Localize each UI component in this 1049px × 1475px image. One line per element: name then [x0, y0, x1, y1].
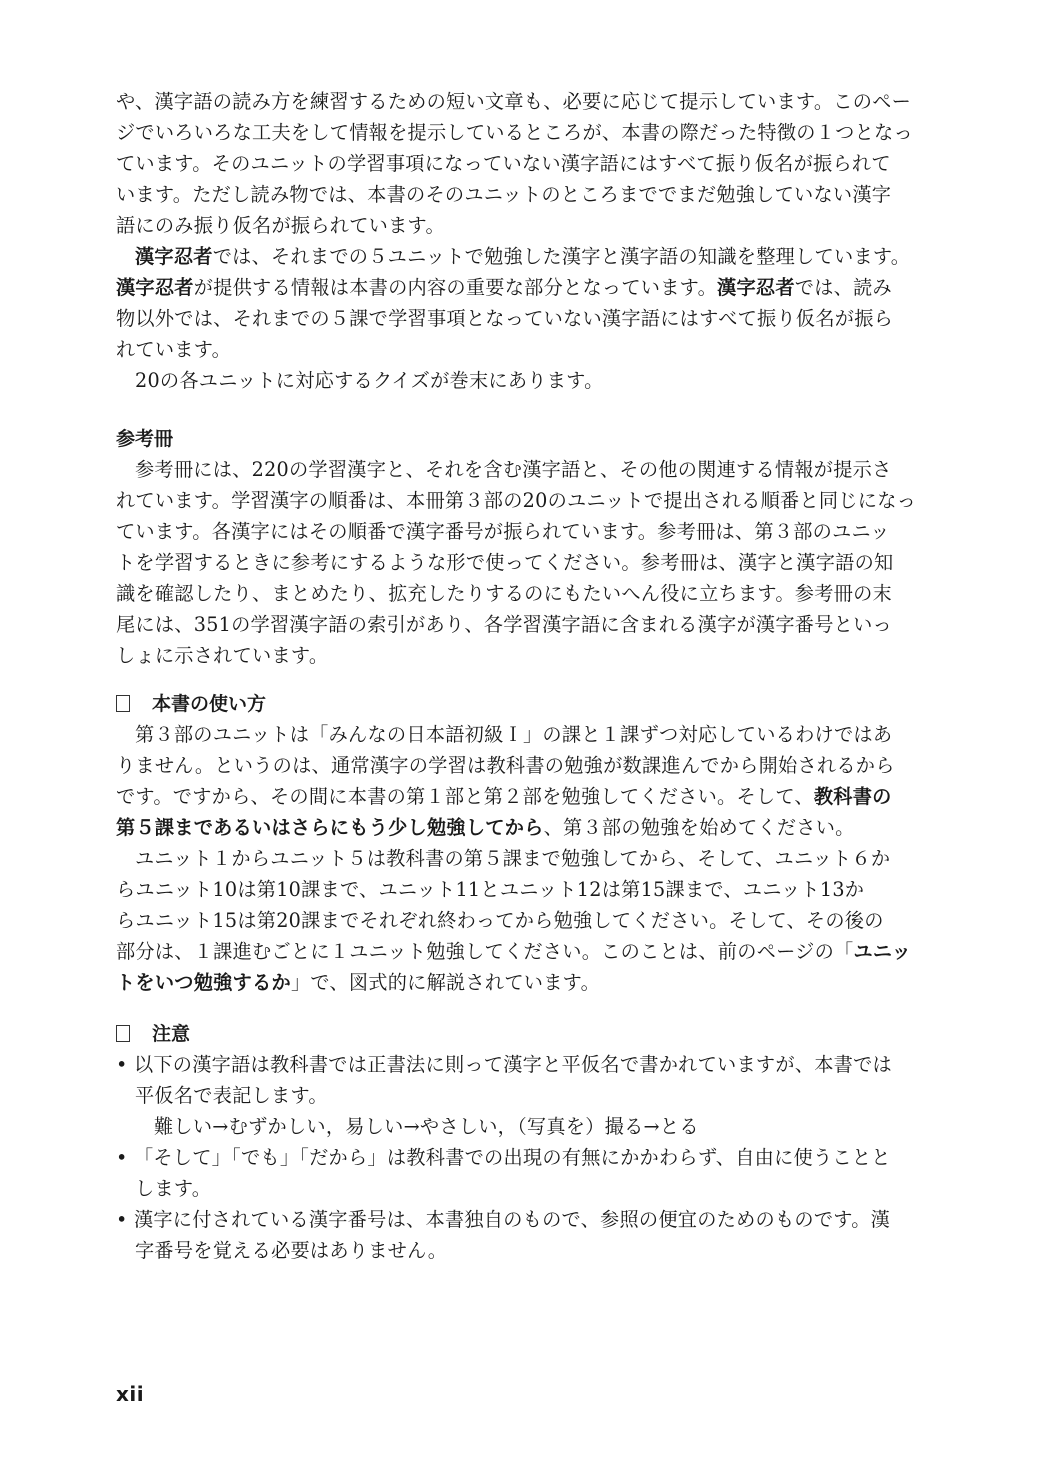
bullet-icon: • — [116, 1053, 128, 1076]
note-item: • 「そして」「でも」「だから」は教科書での出現の有無にかかわらず、自由に使うこ… — [116, 1146, 891, 1170]
text-line: 物以外では、それまでの５課で学習事項となっていない漢字語にはすべて振り仮名が振ら — [116, 307, 893, 331]
text-line: します。 — [135, 1177, 211, 1201]
emphasis-text: ユニッ — [853, 940, 911, 963]
text-span: 「そして」「でも」「だから」は教科書での出現の有無にかかわらず、自由に使うことと — [134, 1146, 891, 1169]
text-line: トを学習するときに参考にするような形で使ってください。参考冊は、漢字と漢字語の知 — [116, 551, 894, 575]
text-line: らユニット10は第10課まで、ユニット11とユニット12は第15課まで、ユニット… — [116, 878, 864, 902]
text-line: います。ただし読み物では、本書のそのユニットのところまででまだ勉強していない漢字 — [116, 183, 891, 207]
quiz-note: 20の各ユニットに対応するクイズが巻末にあります。 — [135, 369, 604, 393]
document-page: や、漢字語の読み方を練習するための短い文章も、必要に応じて提示しています。このペ… — [0, 0, 1049, 1475]
square-bullet-icon — [116, 695, 130, 712]
text-line: 参考冊には、220の学習漢字と、それを含む漢字語と、その他の関連する情報が提示さ — [135, 458, 892, 482]
text-line: りません。というのは、通常漢字の学習は教科書の勉強が数課進んでから開始されるから — [116, 754, 895, 778]
emphasis-text: トをいつ勉強するか — [116, 971, 291, 994]
example-line: 難しい→むずかしい，易しい→やさしい，（写真を）撮る→とる — [154, 1115, 699, 1139]
bullet-icon: • — [116, 1146, 128, 1169]
text-line: らユニット15は第20課までそれぞれ終わってから勉強してください。そして、その後… — [116, 909, 884, 933]
text-line: ジでいろいろな工夫をして情報を提示しているところが、本書の際だった特徴の１つとな… — [116, 121, 913, 145]
bullet-icon: • — [116, 1208, 128, 1231]
text-line: れています。学習漢字の順番は、本冊第３部の20のユニットで提出される順番と同じに… — [116, 489, 916, 513]
text-line: ユニット１からユニット５は教科書の第５課まで勉強してから、そして、ユニット６か — [135, 847, 890, 871]
text-line: 字番号を覚える必要はありません。 — [135, 1239, 447, 1263]
section-heading-notes: 注意 — [116, 1022, 190, 1046]
text-line: 第５課まであるいはさらにもう少し勉強してから、第３部の勉強を始めてください。 — [116, 816, 855, 840]
text-line: しょに示されています。 — [116, 644, 328, 668]
text-span: です。ですから、その間に本書の第１部と第２部を勉強してください。そして、 — [116, 785, 814, 808]
heading-text: 本書の使い方 — [152, 693, 266, 715]
text-line: や、漢字語の読み方を練習するための短い文章も、必要に応じて提示しています。このペ… — [116, 90, 911, 114]
text-span: では、それまでの５ユニットで勉強した漢字と漢字語の知識を整理しています。 — [213, 245, 910, 268]
note-item: • 漢字に付されている漢字番号は、本書独自のもので、参照の便宜のためのものです。… — [116, 1208, 890, 1232]
section-heading-reference: 参考冊 — [116, 427, 173, 451]
text-line: 漢字忍者では、それまでの５ユニットで勉強した漢字と漢字語の知識を整理しています。 — [135, 245, 910, 269]
heading-text: 注意 — [152, 1023, 190, 1045]
text-line: 部分は、１課進むごとに１ユニット勉強してください。このことは、前のページの「ユニ… — [116, 940, 911, 964]
section-heading-how-to-use: 本書の使い方 — [116, 692, 266, 716]
term-kanji-ninja: 漢字忍者 — [116, 276, 194, 299]
text-line: れています。 — [116, 338, 231, 362]
text-line: ています。各漢字にはその順番で漢字番号が振られています。参考冊は、第３部のユニッ — [116, 520, 890, 544]
term-kanji-ninja: 漢字忍者 — [135, 245, 213, 268]
text-span: 」で、図式的に解説されています。 — [291, 971, 600, 994]
text-line: 語にのみ振り仮名が振られています。 — [116, 214, 445, 238]
text-line: 平仮名で表記します。 — [135, 1084, 328, 1108]
text-line: 識を確認したり、まとめたり、拡充したりするのにもたいへん役に立ちます。参考冊の末 — [116, 582, 892, 606]
emphasis-text: 第５課まであるいはさらにもう少し勉強してから — [116, 816, 544, 839]
text-span: 漢字に付されている漢字番号は、本書独自のもので、参照の便宜のためのものです。漢 — [134, 1208, 890, 1231]
text-span: 部分は、１課進むごとに１ユニット勉強してください。このことは、前のページの「 — [116, 940, 853, 963]
note-item: • 以下の漢字語は教科書では正書法に則って漢字と平仮名で書かれていますが、本書で… — [116, 1053, 892, 1077]
text-span: 以下の漢字語は教科書では正書法に則って漢字と平仮名で書かれていますが、本書では — [134, 1053, 892, 1076]
text-line: トをいつ勉強するか」で、図式的に解説されています。 — [116, 971, 600, 995]
square-bullet-icon — [116, 1025, 130, 1042]
text-span: 、第３部の勉強を始めてください。 — [544, 816, 855, 839]
text-span: が提供する情報は本書の内容の重要な部分となっています。 — [194, 276, 717, 299]
text-line: です。ですから、その間に本書の第１部と第２部を勉強してください。そして、教科書の — [116, 785, 892, 809]
text-line: 第３部のユニットは「みんなの日本語初級Ｉ」の課と１課ずつ対応しているわけではあ — [135, 723, 892, 747]
text-line: 尾には、351の学習漢字語の索引があり、各学習漢字語に含まれる漢字が漢字番号とい… — [116, 613, 892, 637]
text-line: ています。そのユニットの学習事項になっていない漢字語にはすべて振り仮名が振られて — [116, 152, 891, 176]
term-kanji-ninja: 漢字忍者 — [717, 276, 795, 299]
text-line: 漢字忍者が提供する情報は本書の内容の重要な部分となっています。漢字忍者では、読み — [116, 276, 892, 300]
text-span: では、読み — [795, 276, 892, 299]
emphasis-text: 教科書の — [814, 785, 892, 808]
page-number: xii — [116, 1382, 144, 1406]
